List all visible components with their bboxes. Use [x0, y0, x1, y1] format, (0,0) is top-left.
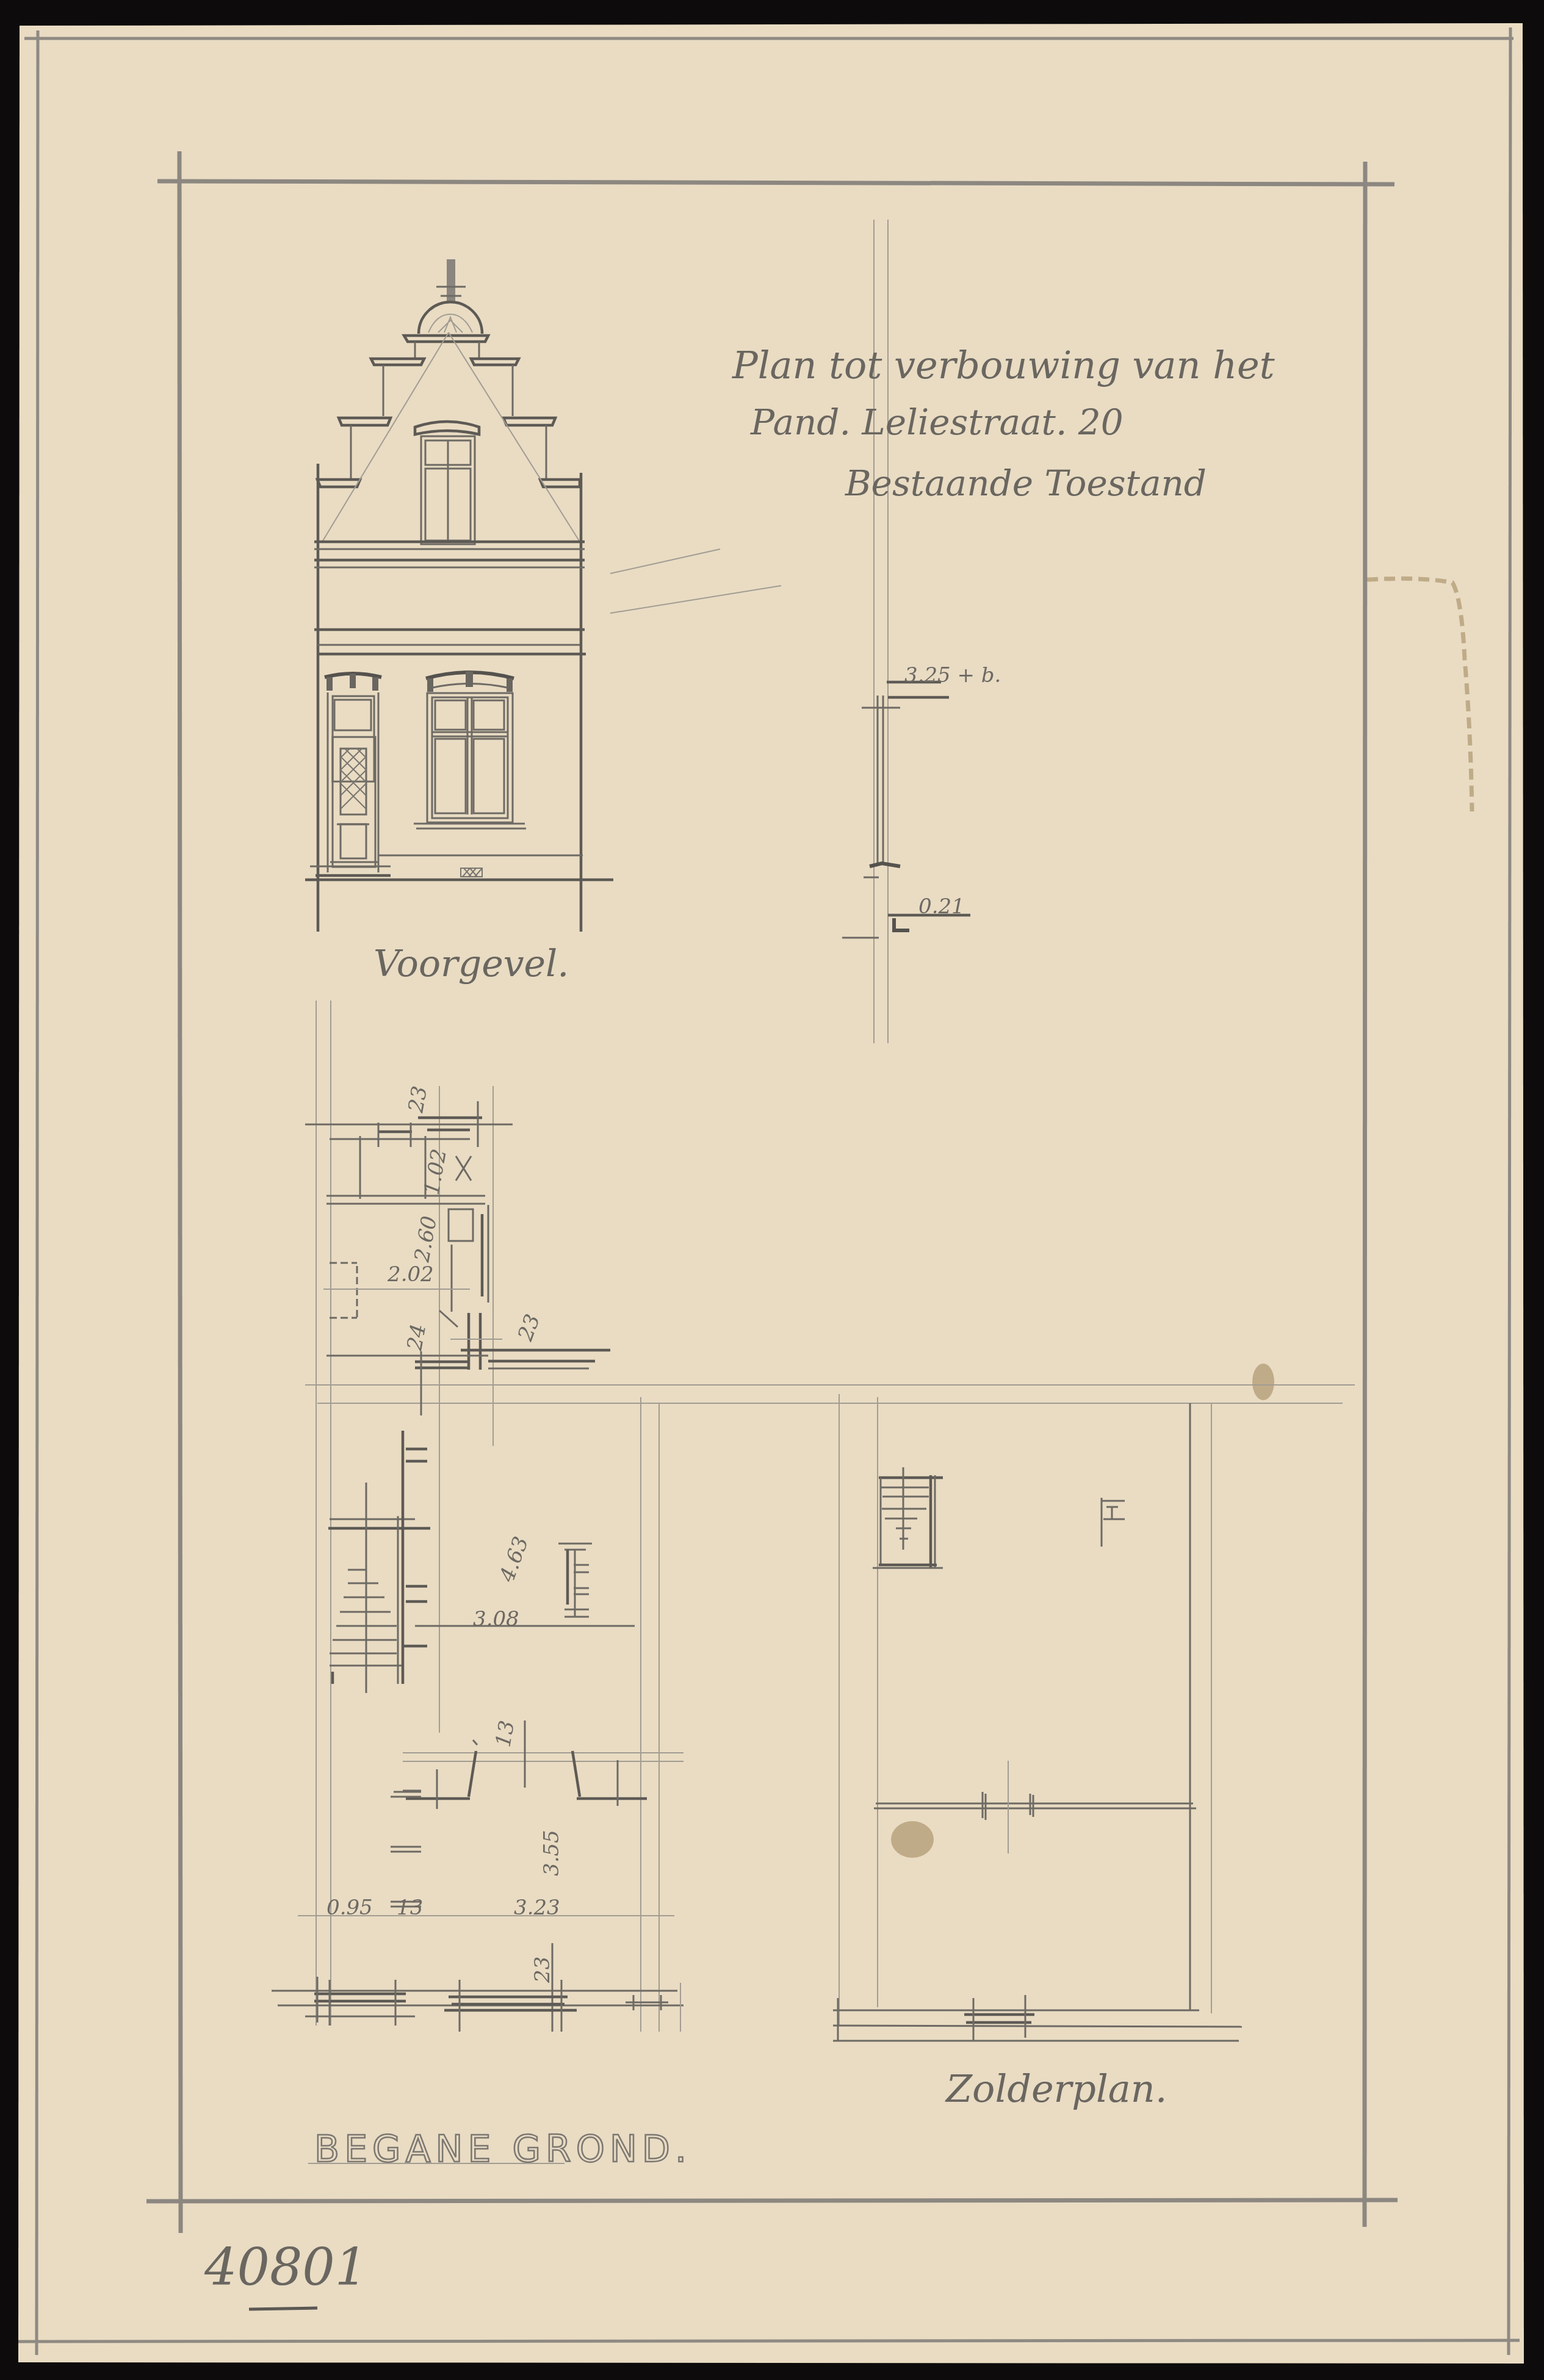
- svg-text:3.08: 3.08: [473, 1607, 519, 1631]
- facade-label: Voorgevel.: [373, 943, 569, 985]
- section-sill-annotation: 0.21: [918, 894, 965, 919]
- svg-text:0.95: 0.95: [326, 1896, 373, 1920]
- architectural-drawing-sheet: Voorgevel. 3.25 + b. 0.21 Plan tot verbo…: [0, 0, 1544, 2380]
- section-height-annotation: 3.25 + b.: [904, 663, 1001, 688]
- ground-floor-label: BEGANE GROND.: [314, 2128, 691, 2171]
- svg-text:3.55: 3.55: [539, 1830, 564, 1876]
- svg-text:23: 23: [530, 1957, 555, 1983]
- inventory-underline: [249, 2308, 317, 2309]
- svg-text:24: 24: [402, 1322, 431, 1353]
- svg-text:3.23: 3.23: [514, 1896, 560, 1920]
- svg-text:13: 13: [397, 1896, 423, 1920]
- title-line-2: Pand. Leliestraat. 20: [750, 401, 1124, 443]
- svg-text:2.02: 2.02: [387, 1262, 434, 1287]
- inventory-number: 40801: [204, 2237, 367, 2297]
- svg-text:23: 23: [403, 1084, 432, 1115]
- svg-text:13: 13: [491, 1719, 519, 1749]
- title-line-3: Bestaande Toestand: [845, 462, 1207, 504]
- title-line-1: Plan tot verbouwing van het: [732, 343, 1275, 387]
- attic-plan-label: Zolderplan.: [945, 2066, 1167, 2111]
